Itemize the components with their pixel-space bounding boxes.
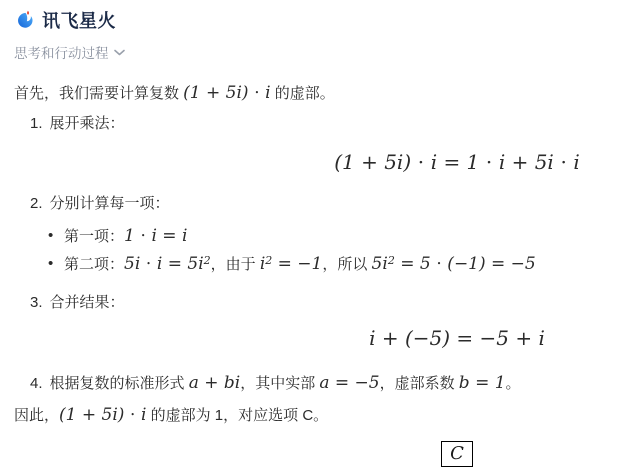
intro-text-tail: 的虚部。 <box>271 85 335 102</box>
answer-box: C <box>441 441 473 467</box>
bullet-second-math-4: 5i <box>372 254 388 274</box>
conclusion-text-1: 因此， <box>14 407 59 424</box>
step-4-text-2: ，其中实部 <box>240 375 319 392</box>
process-toggle-label: 思考和行动过程 <box>14 42 109 62</box>
brand-name: 讯飞星火 <box>42 7 116 33</box>
chat-response-panel: 讯飞星火 思考和行动过程 首先，我们需要计算复数 (1 + 5i) ⋅ i 的虚… <box>0 0 619 467</box>
answer-row: C <box>14 441 619 467</box>
bullet-second-math-1: 5i ⋅ i = 5i <box>124 254 204 274</box>
step-4-text-3: ，虚部系数 <box>380 375 459 392</box>
bullet-second-math-5: = 5 ⋅ (−1) = −5 <box>395 254 536 274</box>
bullet-second-text-1: ，由于 <box>211 256 260 273</box>
formula-expand: (1 + 5i) ⋅ i = 1 ⋅ i + 5i ⋅ i <box>14 147 619 180</box>
spark-logo-icon <box>14 9 36 31</box>
bullet-first-math: 1 ⋅ i = i <box>124 226 187 246</box>
brand-header: 讯飞星火 <box>14 8 619 32</box>
step-3-item: 3.合并结果： <box>30 291 619 315</box>
conclusion-paragraph: 因此，(1 + 5i) ⋅ i 的虚部为 1，对应选项 C。 <box>14 403 619 428</box>
bullet-first-label: 第一项： <box>64 228 124 245</box>
step-2-number: 2. <box>30 195 43 212</box>
chevron-down-icon <box>114 49 125 56</box>
formula-combine: i + (−5) = −5 + i <box>14 323 619 356</box>
step-4-math-1: a + bi <box>189 373 241 393</box>
step-2-label: 分别计算每一项： <box>50 195 170 212</box>
superscript-2: 2 <box>388 254 395 267</box>
superscript-2: 2 <box>204 254 211 267</box>
bullet-second-math-3: = −1 <box>272 254 322 274</box>
bullet-second-label: 第二项： <box>64 256 124 273</box>
step-4-text-4: 。 <box>506 375 521 392</box>
step-4-number: 4. <box>30 375 43 392</box>
intro-math-expression: (1 + 5i) ⋅ i <box>183 83 270 103</box>
step-3-number: 3. <box>30 294 43 311</box>
step-1-number: 1. <box>30 115 43 132</box>
conclusion-text-2: 的虚部为 1，对应选项 C。 <box>146 407 328 424</box>
step-1-item: 1.展开乘法： <box>30 112 619 136</box>
superscript-2: 2 <box>265 254 272 267</box>
step-4-math-3: b = 1 <box>459 373 506 393</box>
conclusion-math: (1 + 5i) ⋅ i <box>59 405 146 425</box>
step-4-math-2: a = −5 <box>319 373 379 393</box>
formula-combine-math: i + (−5) = −5 + i <box>369 326 545 350</box>
process-toggle[interactable]: 思考和行动过程 <box>14 42 125 62</box>
step-1-label: 展开乘法： <box>50 115 125 132</box>
bullet-second-text-2: ，所以 <box>322 256 371 273</box>
intro-paragraph: 首先，我们需要计算复数 (1 + 5i) ⋅ i 的虚部。 <box>14 81 619 106</box>
step-2-item: 2.分别计算每一项： <box>30 192 619 216</box>
step-3-label: 合并结果： <box>50 294 125 311</box>
bullet-first-term: 第一项：1 ⋅ i = i <box>48 223 619 250</box>
step-4-item: 4.根据复数的标准形式 a + bi，其中实部 a = −5，虚部系数 b = … <box>30 371 619 396</box>
bullet-second-term: 第二项：5i ⋅ i = 5i2，由于 i2 = −1，所以 5i2 = 5 ⋅… <box>48 251 619 279</box>
step-4-text-1: 根据复数的标准形式 <box>50 375 189 392</box>
formula-expand-math: (1 + 5i) ⋅ i = 1 ⋅ i + 5i ⋅ i <box>334 150 580 174</box>
intro-text: 首先，我们需要计算复数 <box>14 85 183 102</box>
